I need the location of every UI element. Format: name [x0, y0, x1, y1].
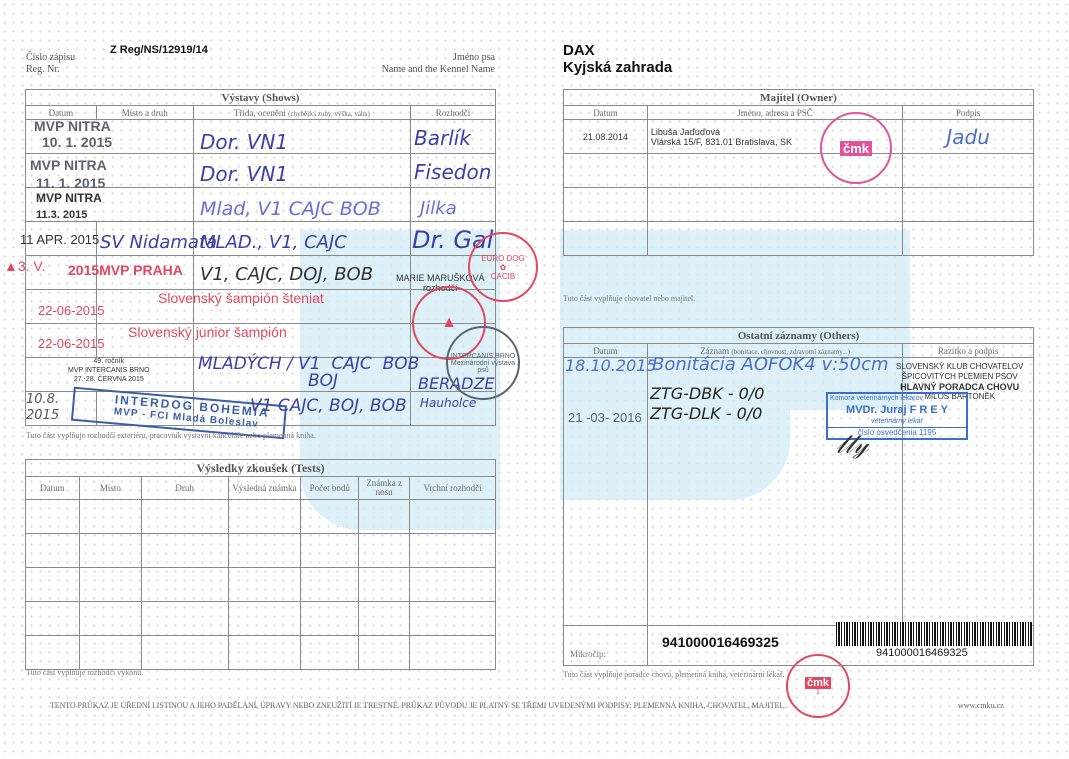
- reg-label: Číslo zápisu Reg. Nr.: [26, 52, 75, 76]
- show-row-9-class: V1 CAJC, BOJ, BOB: [250, 396, 407, 416]
- shows-col-judge: Rozhodčí: [411, 106, 496, 120]
- owner-footnote: Tuto část vyplňuje chovatel nebo majitel…: [563, 294, 695, 303]
- others-col-stamp: Razítko a podpis: [903, 344, 1034, 358]
- owner-row: 21.08.2014 Libuša JaďuďováVlárská 15/F, …: [564, 120, 1034, 154]
- show-row-4-class: MLAD., V1, CAJC: [200, 232, 347, 253]
- others-footnote: Tuto část vyplňuje poradce chovu, plemen…: [563, 670, 785, 679]
- show-row-8-class: MLADÝCH / V1 CAJC BOBBOJ: [198, 356, 419, 390]
- owner-col-date: Datum: [564, 106, 648, 120]
- vet-signature: 𝓁𝓁𝓎: [836, 430, 868, 461]
- tests-row: [26, 602, 496, 636]
- owner-table: Majitel (Owner) Datum Jméno, adresa a PS…: [563, 89, 1034, 256]
- shows-col-class: Třída, ocenění (chybějící zuby, výška, v…: [193, 106, 410, 120]
- name-label-en: Name and the Kennel Name: [382, 64, 495, 76]
- microchip-barcode: [836, 622, 1032, 646]
- intercanis-stamp: INTERCANIS BRNOMezinárodní výstava psů: [446, 326, 520, 400]
- show-row-1-date-place: MVP NITRA10. 1. 2015: [34, 118, 112, 150]
- show-row-3-judge: Jilka: [420, 198, 457, 219]
- others-row-2-date: 21 -03- 2016: [568, 410, 642, 425]
- owner-row: [564, 188, 1034, 222]
- owner-row-1-signature: Jadu: [903, 120, 1034, 154]
- cmku-owner-stamp: čmk: [820, 112, 892, 184]
- footer-legal: TENTO PRŮKAZ JE ÚŘEDNÍ LISTINOU A JEHO P…: [50, 701, 786, 710]
- tests-col-points: Počet bodů: [301, 477, 359, 500]
- show-row-3-class: Mlad, V1 CAJC BOB: [200, 198, 381, 220]
- show-row-7-date: 22-06-2015: [38, 336, 105, 351]
- tests-col-nose: Známka z nosu: [359, 477, 410, 500]
- others-title: Ostatní záznamy (Others): [564, 328, 1034, 344]
- tests-col-grade: Výsledná známka: [228, 477, 301, 500]
- others-row-1-date: 18.10.2015: [565, 356, 657, 375]
- show-row-1-class: Dor. VN1: [200, 130, 288, 154]
- reg-label-cz: Číslo zápisu: [26, 52, 75, 64]
- show-row-7-title: Slovenský junior šampión: [128, 324, 287, 340]
- show-row-9-date: 10.8.2015: [26, 392, 59, 424]
- microchip-number: 941000016469325: [662, 634, 779, 650]
- reg-label-en: Reg. Nr.: [26, 64, 75, 76]
- shows-footnote: Tuto část vyplňuje rozhodčí exteriéru, p…: [26, 431, 316, 440]
- shows-title: Výstavy (Shows): [26, 90, 496, 106]
- tests-row: [26, 636, 496, 670]
- tests-row: [26, 500, 496, 534]
- dog-name-block: DAX Kyjská zahrada: [563, 42, 672, 76]
- barcode-text: 941000016469325: [876, 647, 968, 659]
- name-label: Jméno psa Name and the Kennel Name: [382, 52, 495, 76]
- tests-col-place: Místo: [79, 477, 141, 500]
- tests-col-type: Druh: [141, 477, 228, 500]
- show-row-2-date-place: MVP NITRA11. 1. 2015: [30, 156, 107, 192]
- owner-row: [564, 222, 1034, 256]
- footer-url[interactable]: www.cmku.cz: [958, 701, 1004, 710]
- show-row-9-judge: Hauholce: [420, 396, 476, 410]
- tests-row: [26, 534, 496, 568]
- owner-row: [564, 154, 1034, 188]
- show-row-6-title: Slovenský šampión šteniat: [158, 290, 324, 306]
- show-row-5-class: V1, CAJC, DOJ, BOB: [200, 264, 373, 285]
- show-row-2-judge: Fisedon: [414, 160, 491, 184]
- show-row-6-date: 22-06-2015: [38, 303, 105, 318]
- show-row-5-date: ▲3. V.: [4, 258, 45, 274]
- tests-col-date: Datum: [26, 477, 80, 500]
- tests-footnote: Tuto část vyplňuje rozhodčí výkonu.: [26, 668, 143, 677]
- show-row-5-place: 2015MVP PRAHA: [68, 262, 183, 278]
- tests-col-chief-judge: Vrchní rozhodčí: [410, 477, 496, 500]
- others-row-1-record: Bonitácia AOFOK4 v:50cm: [652, 354, 889, 375]
- show-row-8-date-place: 49. ročníkMVP INTERCANIS BRNO27.-28. ČER…: [68, 357, 150, 384]
- owner-row-1-date: 21.08.2014: [564, 120, 648, 154]
- dog-name: DAX: [563, 42, 672, 59]
- kennel-name: Kyjská zahrada: [563, 59, 672, 76]
- plemenna-kniha-stamp: čmk1: [786, 654, 850, 718]
- tests-title: Výsledky zkoušek (Tests): [26, 460, 496, 477]
- show-row-1-judge: Barlík: [414, 126, 471, 150]
- reg-number: Z Reg/NS/12919/14: [110, 44, 208, 56]
- show-row-4-date: 11 APR. 2015: [20, 232, 99, 247]
- show-row-3-date-place: MVP NITRA11.3. 2015: [36, 190, 102, 223]
- owner-title: Majitel (Owner): [564, 90, 1034, 106]
- name-label-cz: Jméno psa: [382, 52, 495, 64]
- show-row-2-class: Dor. VN1: [200, 162, 288, 186]
- tests-row: [26, 568, 496, 602]
- owner-col-signature: Podpis: [903, 106, 1034, 120]
- others-row-2-record: ZTG-DBK - 0/0ZTG-DLK - 0/0: [650, 384, 764, 424]
- tests-table: Výsledky zkoušek (Tests) Datum Místo Dru…: [25, 459, 496, 670]
- eurodog-stamp: EURO DOG✿CACIB: [468, 232, 538, 302]
- microchip-label: Mikročip:: [564, 626, 648, 666]
